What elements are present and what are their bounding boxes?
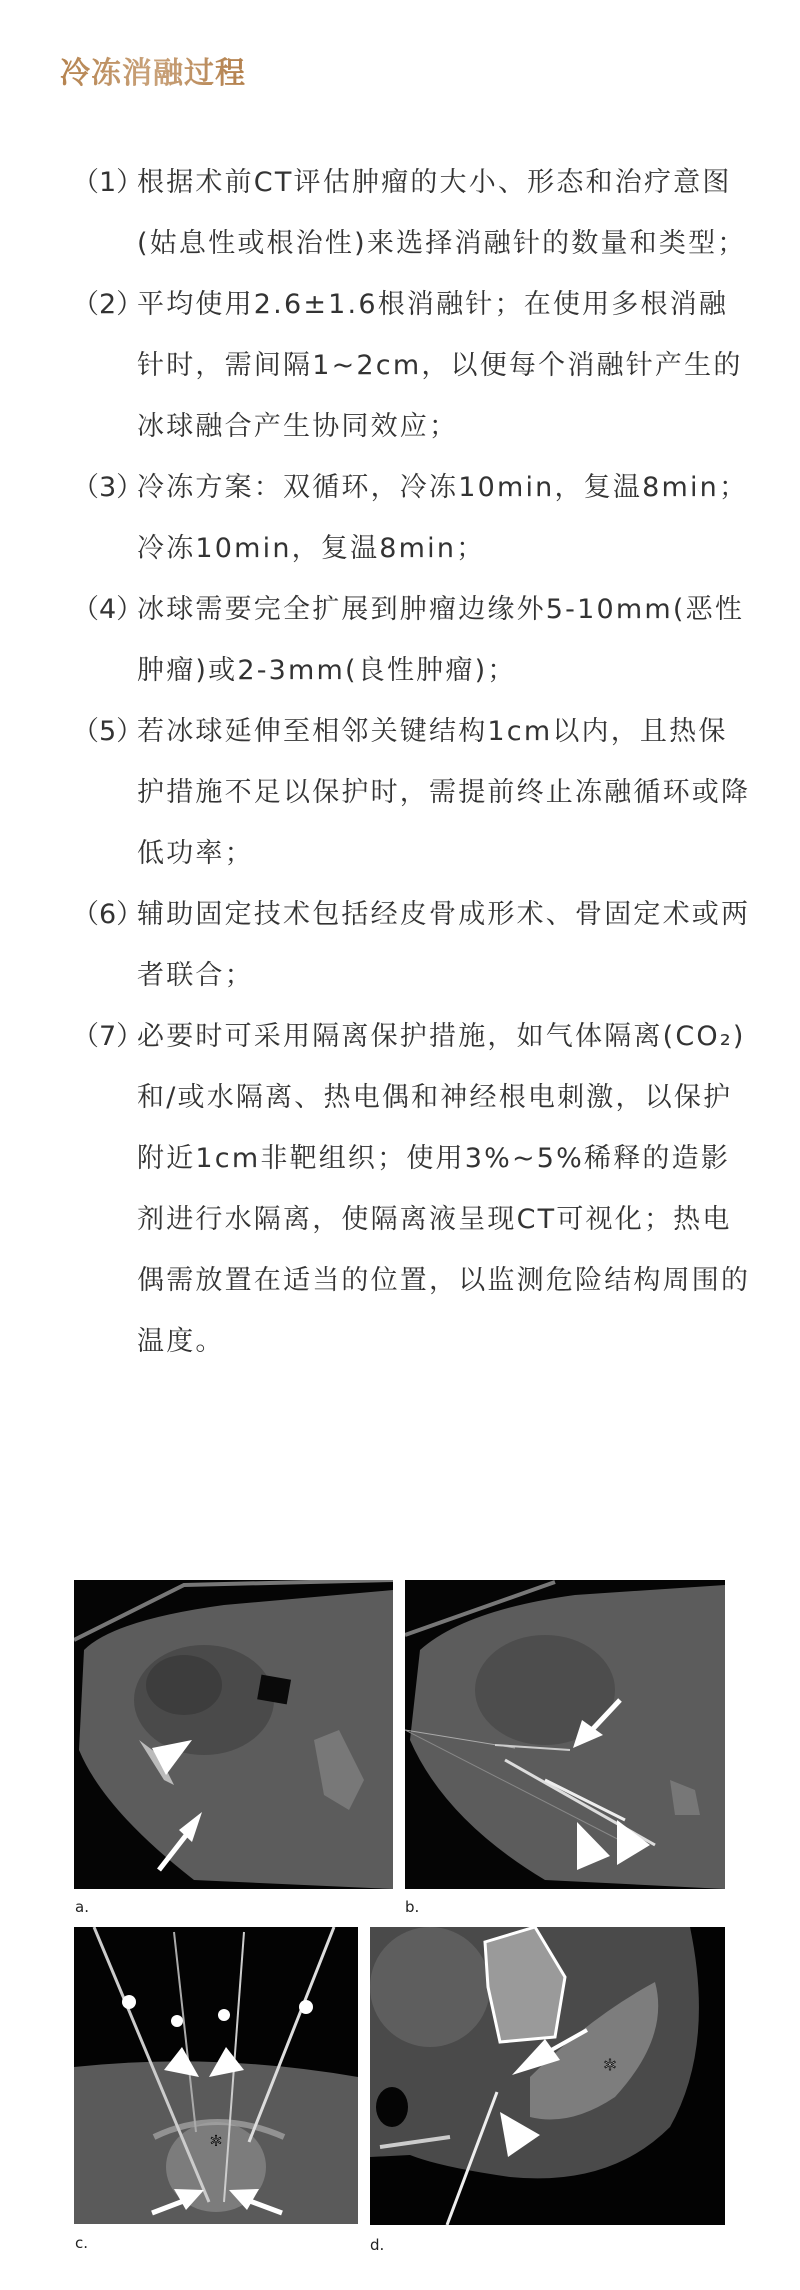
figure-label-b: b. xyxy=(405,1898,419,1916)
page-title: 冷冻消融过程 xyxy=(60,48,246,92)
asterisk-marker: * xyxy=(211,2133,222,2158)
step-item-2: （2） 平均使用2.6±1.6根消融针；在使用多根消融针时，需间隔1~2cm，以… xyxy=(72,274,752,457)
step-text: 平均使用2.6±1.6根消融针；在使用多根消融针时，需间隔1~2cm，以便每个消… xyxy=(137,274,752,457)
step-text: 若冰球延伸至相邻关键结构1cm以内，且热保护措施不足以保护时，需提前终止冻融循环… xyxy=(137,701,752,884)
step-text: 冰球需要完全扩展到肿瘤边缘外5-10mm(恶性肿瘤)或2-3mm(良性肿瘤)； xyxy=(137,579,752,701)
step-item-4: （4） 冰球需要完全扩展到肿瘤边缘外5-10mm(恶性肿瘤)或2-3mm(良性肿… xyxy=(72,579,752,701)
step-number: （7） xyxy=(72,1006,137,1067)
step-text: 根据术前CT评估肿瘤的大小、形态和治疗意图(姑息性或根治性)来选择消融针的数量和… xyxy=(137,152,752,274)
procedure-steps-list: （1） 根据术前CT评估肿瘤的大小、形态和治疗意图(姑息性或根治性)来选择消融针… xyxy=(72,152,752,1372)
step-number: （6） xyxy=(72,884,137,945)
step-item-6: （6） 辅助固定技术包括经皮骨成形术、骨固定术或两者联合； xyxy=(72,884,752,1006)
step-item-5: （5） 若冰球延伸至相邻关键结构1cm以内，且热保护措施不足以保护时，需提前终止… xyxy=(72,701,752,884)
step-text: 辅助固定技术包括经皮骨成形术、骨固定术或两者联合； xyxy=(137,884,752,1006)
ct-image-c: * xyxy=(74,1927,358,2224)
step-number: （2） xyxy=(72,274,137,335)
step-item-3: （3） 冷冻方案：双循环，冷冻10min，复温8min；冷冻10min，复温8m… xyxy=(72,457,752,579)
step-number: （3） xyxy=(72,457,137,518)
figure-label-c: c. xyxy=(75,2234,88,2252)
step-item-1: （1） 根据术前CT评估肿瘤的大小、形态和治疗意图(姑息性或根治性)来选择消融针… xyxy=(72,152,752,274)
ct-image-b xyxy=(405,1580,725,1889)
ct-image-a xyxy=(74,1580,393,1889)
asterisk-marker: * xyxy=(604,2055,616,2083)
step-number: （4） xyxy=(72,579,137,640)
figure-label-a: a. xyxy=(75,1898,89,1916)
step-number: （1） xyxy=(72,152,137,213)
ct-image-d: * xyxy=(370,1927,725,2225)
figure-label-d: d. xyxy=(370,2236,384,2254)
step-text: 必要时可采用隔离保护措施，如气体隔离(CO₂)和/或水隔离、热电偶和神经根电刺激… xyxy=(137,1006,752,1372)
step-number: （5） xyxy=(72,701,137,762)
step-item-7: （7） 必要时可采用隔离保护措施，如气体隔离(CO₂)和/或水隔离、热电偶和神经… xyxy=(72,1006,752,1372)
step-text: 冷冻方案：双循环，冷冻10min，复温8min；冷冻10min，复温8min； xyxy=(137,457,752,579)
